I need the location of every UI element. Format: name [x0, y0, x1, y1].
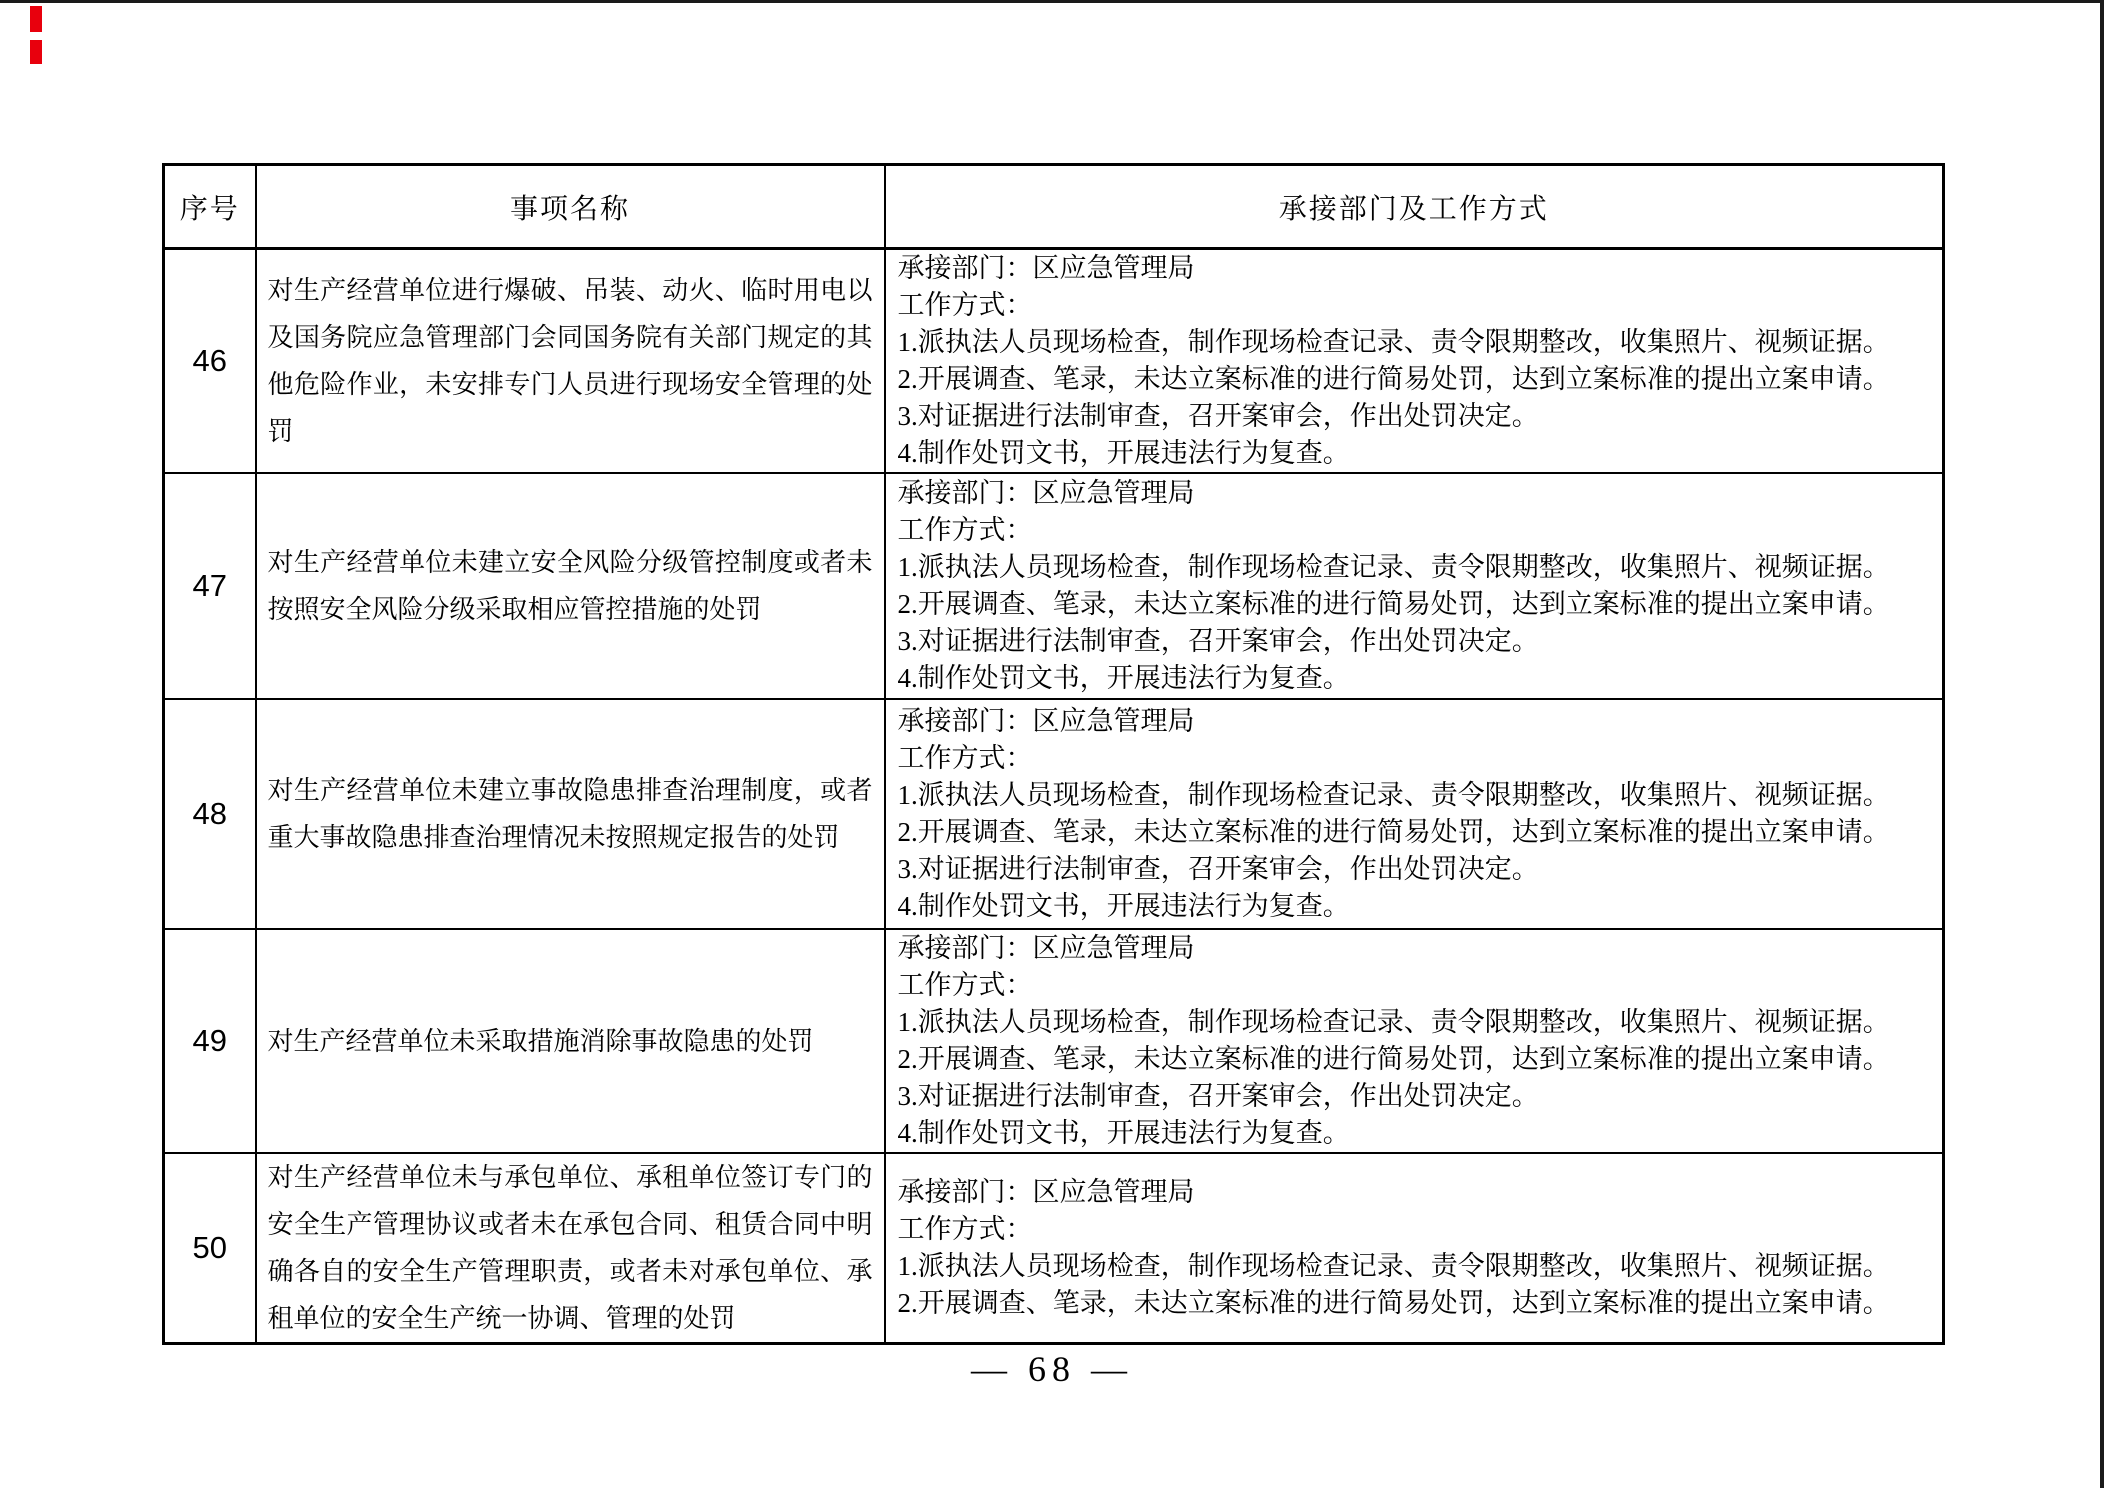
dept-line: 承接部门：区应急管理局	[898, 930, 1937, 967]
row-number-cell: 49	[164, 929, 256, 1153]
method-label: 工作方式：	[898, 967, 1937, 1004]
step-line: 3.对证据进行法制审查，召开案审会，作出处罚决定。	[898, 851, 1937, 888]
scan-edge-line-top	[0, 0, 2104, 3]
step-line: 2.开展调查、笔录，未达立案标准的进行简易处罚，达到立案标准的提出立案申请。	[898, 1041, 1937, 1078]
document-page: 序号 事项名称 承接部门及工作方式 46 对生产经营单位进行爆破、吊装、动火、临…	[0, 0, 2104, 1488]
dept-method-cell: 承接部门：区应急管理局 工作方式： 1.派执法人员现场检查，制作现场检查记录、责…	[885, 699, 1944, 929]
page-number: — 68 —	[0, 1348, 2104, 1390]
item-name-cell: 对生产经营单位未建立安全风险分级管控制度或者未按照安全风险分级采取相应管控措施的…	[256, 473, 885, 699]
dept-method-cell: 承接部门：区应急管理局 工作方式： 1.派执法人员现场检查，制作现场检查记录、责…	[885, 473, 1944, 699]
method-label: 工作方式：	[898, 740, 1937, 777]
header-seq: 序号	[164, 165, 256, 249]
method-label: 工作方式：	[898, 1211, 1937, 1248]
header-item-name: 事项名称	[256, 165, 885, 249]
table-header-row: 序号 事项名称 承接部门及工作方式	[164, 165, 1944, 249]
dept-method-cell: 承接部门：区应急管理局 工作方式： 1.派执法人员现场检查，制作现场检查记录、责…	[885, 929, 1944, 1153]
admin-items-table: 序号 事项名称 承接部门及工作方式 46 对生产经营单位进行爆破、吊装、动火、临…	[162, 163, 1945, 1345]
dept-line: 承接部门：区应急管理局	[898, 1174, 1937, 1211]
row-number-cell: 48	[164, 699, 256, 929]
step-line: 1.派执法人员现场检查，制作现场检查记录、责令限期整改，收集照片、视频证据。	[898, 549, 1937, 586]
item-name-cell: 对生产经营单位未采取措施消除事故隐患的处罚	[256, 929, 885, 1153]
item-name-cell: 对生产经营单位未建立事故隐患排查治理制度，或者重大事故隐患排查治理情况未按照规定…	[256, 699, 885, 929]
dept-method-cell: 承接部门：区应急管理局 工作方式： 1.派执法人员现场检查，制作现场检查记录、责…	[885, 249, 1944, 474]
step-line: 4.制作处罚文书，开展违法行为复查。	[898, 660, 1937, 697]
step-line: 4.制作处罚文书，开展违法行为复查。	[898, 435, 1937, 472]
step-line: 2.开展调查、笔录，未达立案标准的进行简易处罚，达到立案标准的提出立案申请。	[898, 814, 1937, 851]
method-label: 工作方式：	[898, 512, 1937, 549]
step-line: 1.派执法人员现场检查，制作现场检查记录、责令限期整改，收集照片、视频证据。	[898, 777, 1937, 814]
step-line: 2.开展调查、笔录，未达立案标准的进行简易处罚，达到立案标准的提出立案申请。	[898, 586, 1937, 623]
dept-method-cell: 承接部门：区应急管理局 工作方式： 1.派执法人员现场检查，制作现场检查记录、责…	[885, 1153, 1944, 1344]
step-line: 1.派执法人员现场检查，制作现场检查记录、责令限期整改，收集照片、视频证据。	[898, 1248, 1937, 1285]
row-number-cell: 47	[164, 473, 256, 699]
step-line: 3.对证据进行法制审查，召开案审会，作出处罚决定。	[898, 398, 1937, 435]
item-name-cell: 对生产经营单位未与承包单位、承租单位签订专门的安全生产管理协议或者未在承包合同、…	[256, 1153, 885, 1344]
step-line: 3.对证据进行法制审查，召开案审会，作出处罚决定。	[898, 623, 1937, 660]
table-row: 49 对生产经营单位未采取措施消除事故隐患的处罚 承接部门：区应急管理局 工作方…	[164, 929, 1944, 1153]
table-row: 48 对生产经营单位未建立事故隐患排查治理制度，或者重大事故隐患排查治理情况未按…	[164, 699, 1944, 929]
step-line: 4.制作处罚文书，开展违法行为复查。	[898, 888, 1937, 925]
step-line: 1.派执法人员现场检查，制作现场检查记录、责令限期整改，收集照片、视频证据。	[898, 1004, 1937, 1041]
step-line: 2.开展调查、笔录，未达立案标准的进行简易处罚，达到立案标准的提出立案申请。	[898, 1285, 1937, 1322]
row-number-cell: 50	[164, 1153, 256, 1344]
dept-line: 承接部门：区应急管理局	[898, 703, 1937, 740]
row-number-cell: 46	[164, 249, 256, 474]
table-row: 46 对生产经营单位进行爆破、吊装、动火、临时用电以及国务院应急管理部门会同国务…	[164, 249, 1944, 474]
step-line: 1.派执法人员现场检查，制作现场检查记录、责令限期整改，收集照片、视频证据。	[898, 324, 1937, 361]
scan-edge-line-right	[2100, 0, 2104, 1488]
step-line: 4.制作处罚文书，开展违法行为复查。	[898, 1115, 1937, 1152]
registration-mark-icon	[30, 40, 42, 64]
dept-line: 承接部门：区应急管理局	[898, 250, 1937, 287]
dept-line: 承接部门：区应急管理局	[898, 475, 1937, 512]
step-line: 3.对证据进行法制审查，召开案审会，作出处罚决定。	[898, 1078, 1937, 1115]
table-row: 47 对生产经营单位未建立安全风险分级管控制度或者未按照安全风险分级采取相应管控…	[164, 473, 1944, 699]
method-label: 工作方式：	[898, 287, 1937, 324]
item-name-cell: 对生产经营单位进行爆破、吊装、动火、临时用电以及国务院应急管理部门会同国务院有关…	[256, 249, 885, 474]
step-line: 2.开展调查、笔录，未达立案标准的进行简易处罚，达到立案标准的提出立案申请。	[898, 361, 1937, 398]
header-dept-method: 承接部门及工作方式	[885, 165, 1944, 249]
table-row: 50 对生产经营单位未与承包单位、承租单位签订专门的安全生产管理协议或者未在承包…	[164, 1153, 1944, 1344]
registration-mark-icon	[30, 6, 42, 32]
